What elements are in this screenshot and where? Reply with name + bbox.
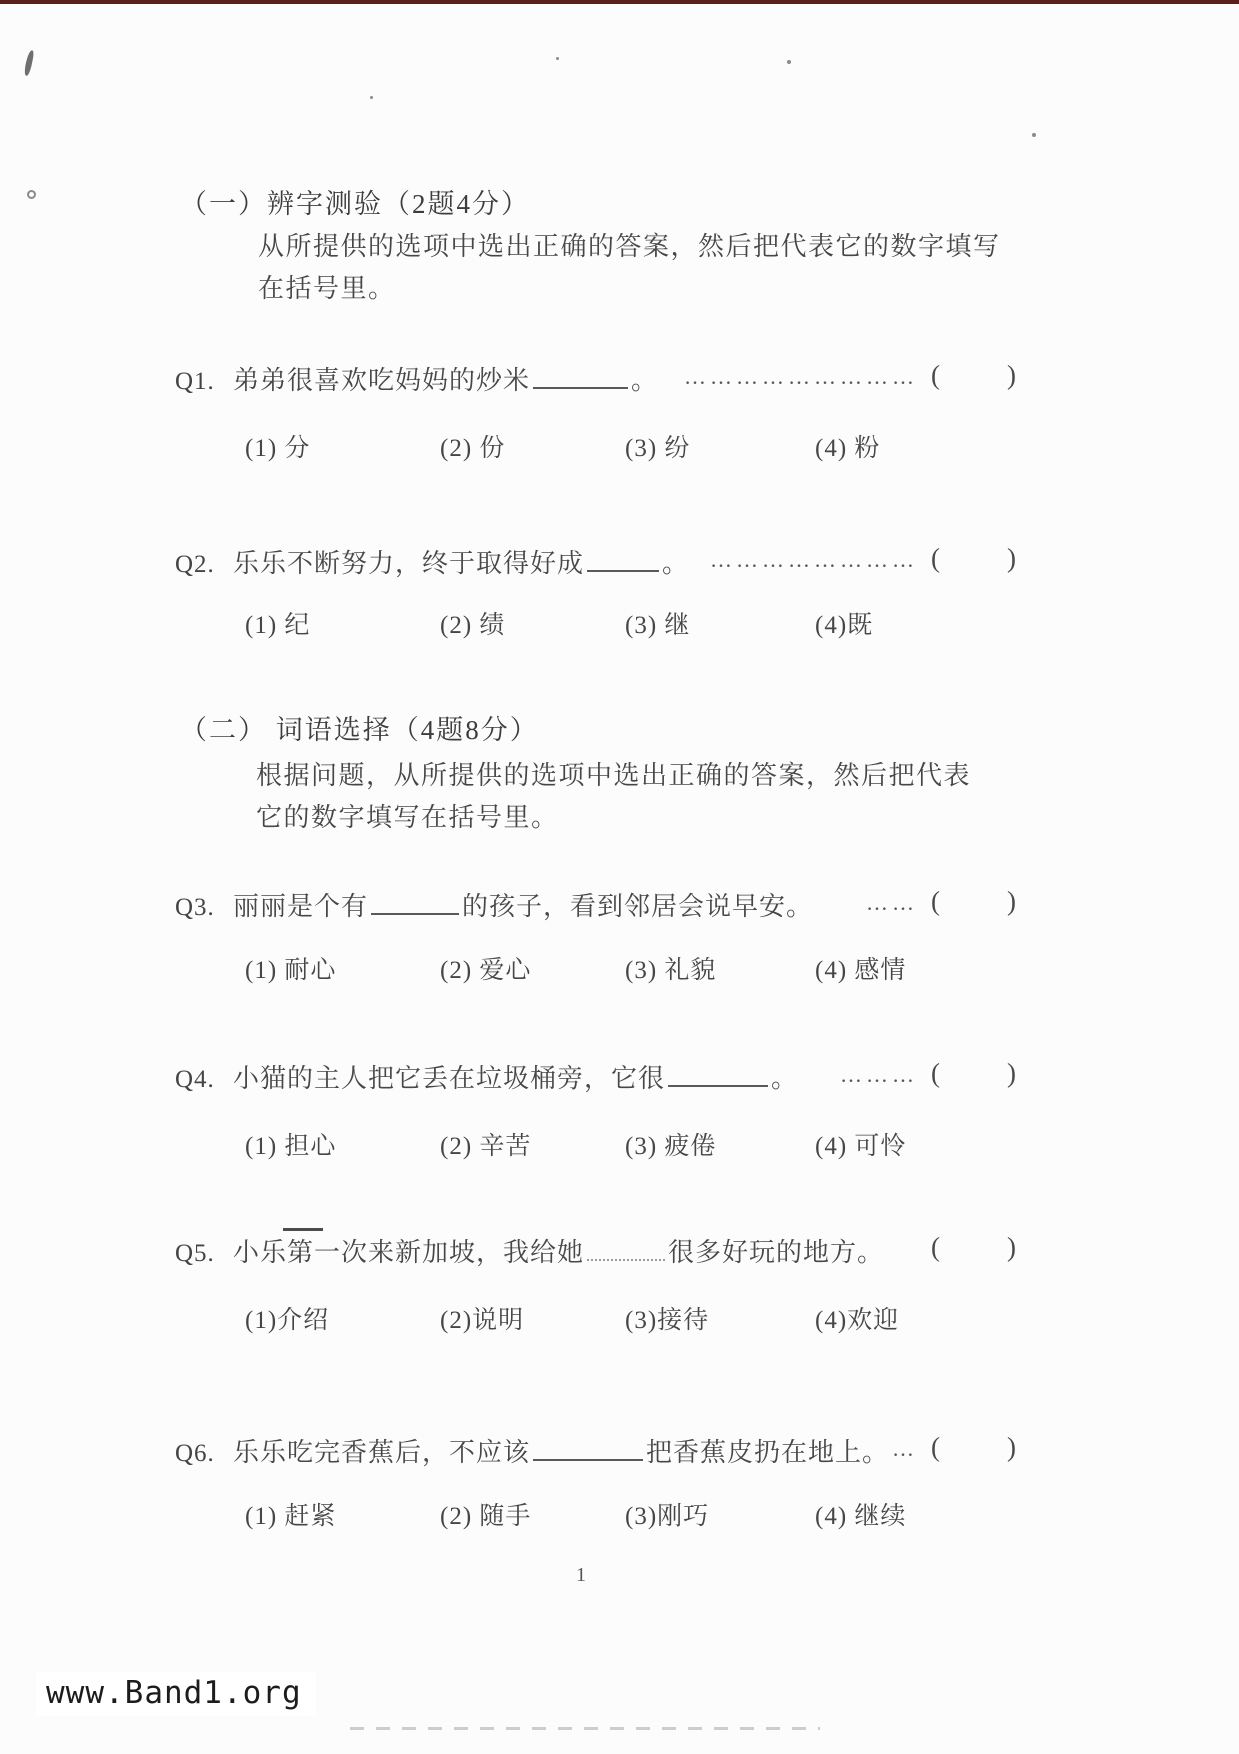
exam-paper-page: （一）辨字测验（2题4分） 从所提供的选项中选出正确的答案，然后把代表它的数字填… [0, 0, 1239, 1754]
scan-speck [787, 60, 791, 64]
question-q1: Q1.弟弟很喜欢吃妈妈的炒米。 ……………………… ( ) [175, 360, 1020, 402]
answer-blank [587, 1235, 665, 1261]
option-4: (4) 感情 [815, 950, 1035, 986]
option-2: (2) 随手 [440, 1496, 625, 1532]
dotted-leader: … [892, 1436, 918, 1462]
section1-instruction-line2: 在括号里。 [258, 268, 396, 305]
question-number: Q1. [175, 368, 233, 396]
option-1: (1) 担心 [245, 1126, 440, 1162]
section2-title: （二） 词语选择（4题8分） [180, 708, 539, 747]
scan-artifact-dashes [350, 1727, 820, 1730]
text-before-blank: 丽丽是个有 [233, 892, 368, 921]
scan-artifact-ring [27, 190, 36, 199]
option-4: (4) 继续 [815, 1496, 1035, 1532]
option-3: (3) 纷 [625, 428, 815, 464]
options-q2: (1) 纪 (2) 绩 (3) 继 (4)既 [245, 605, 1035, 641]
text-after-blank: 。 [771, 1064, 798, 1093]
options-q3: (1) 耐心 (2) 爱心 (3) 礼貌 (4) 感情 [245, 950, 1035, 986]
answer-blank [533, 363, 628, 389]
dotted-leader: …………………… [710, 547, 918, 573]
question-q5: Q5.小乐第一次来新加坡，我给她很多好玩的地方。 ( ) [175, 1232, 1020, 1274]
answer-bracket-open: ( [931, 360, 940, 391]
answer-bracket-close: ) [1007, 1432, 1016, 1463]
question-q6: Q6.乐乐吃完香蕉后，不应该把香蕉皮扔在地上。 … ( ) [175, 1432, 1020, 1474]
question-number: Q2. [175, 551, 233, 579]
question-text: 乐乐不断努力，终于取得好成。 [233, 549, 689, 578]
page-number: 1 [576, 1564, 586, 1587]
answer-bracket-close: ) [1007, 886, 1016, 917]
question-text: 小猫的主人把它丢在垃圾桶旁，它很。 [233, 1064, 798, 1093]
text-before-blank: 乐乐吃完香蕉后，不应该 [233, 1438, 530, 1467]
answer-bracket-open: ( [931, 886, 940, 917]
answer-bracket-close: ) [1007, 1232, 1016, 1263]
option-2: (2) 辛苦 [440, 1126, 625, 1162]
answer-bracket-open: ( [931, 1058, 940, 1089]
scan-speck [1032, 133, 1036, 137]
option-3: (3) 疲倦 [625, 1126, 815, 1162]
text-before-blank: 弟弟很喜欢吃妈妈的炒米 [233, 366, 530, 395]
question-q3: Q3.丽丽是个有的孩子，看到邻居会说早安。 …… ( ) [175, 886, 1020, 928]
question-q4: Q4.小猫的主人把它丢在垃圾桶旁，它很。 ……… ( ) [175, 1058, 1020, 1100]
option-4: (4)既 [815, 605, 1035, 641]
scan-top-edge-line [0, 0, 1239, 4]
option-3: (3)接待 [625, 1300, 815, 1336]
answer-bracket-open: ( [931, 543, 940, 574]
question-text: 弟弟很喜欢吃妈妈的炒米。 [233, 366, 658, 395]
options-q6: (1) 赶紧 (2) 随手 (3)刚巧 (4) 继续 [245, 1496, 1035, 1532]
option-3: (3) 继 [625, 605, 815, 641]
answer-blank [668, 1061, 768, 1087]
answer-blank [587, 546, 659, 572]
section2-instruction-line1: 根据问题，从所提供的选项中选出正确的答案，然后把代表 [256, 755, 971, 792]
answer-bracket-open: ( [931, 1232, 940, 1263]
option-1: (1)介绍 [245, 1300, 440, 1336]
option-1: (1) 赶紧 [245, 1496, 440, 1532]
option-1: (1) 分 [245, 428, 440, 464]
question-number: Q6. [175, 1440, 233, 1468]
scan-artifact-squiggle [23, 50, 34, 77]
text-after-blank: 。 [662, 549, 689, 578]
option-2: (2) 份 [440, 428, 625, 464]
section2-instruction-line2: 它的数字填写在括号里。 [256, 797, 559, 834]
option-3: (3) 礼貌 [625, 950, 815, 986]
options-q4: (1) 担心 (2) 辛苦 (3) 疲倦 (4) 可怜 [245, 1126, 1035, 1162]
question-number: Q3. [175, 894, 233, 922]
dotted-leader: …… [866, 890, 918, 916]
text-after-blank: 把香蕉皮扔在地上。 [646, 1438, 889, 1467]
answer-blank [533, 1435, 643, 1461]
watermark-url: www.Band1.org [36, 1672, 316, 1716]
text-before-blank: 小乐第一次来新加坡，我给她 [233, 1238, 584, 1267]
option-1: (1) 纪 [245, 605, 440, 641]
answer-bracket-close: ) [1007, 543, 1016, 574]
option-3: (3)刚巧 [625, 1496, 815, 1532]
option-2: (2) 爱心 [440, 950, 625, 986]
option-4: (4) 粉 [815, 428, 1035, 464]
answer-blank [371, 889, 459, 915]
answer-bracket-open: ( [931, 1432, 940, 1463]
section1-instruction-line1: 从所提供的选项中选出正确的答案，然后把代表它的数字填写 [258, 226, 1001, 263]
question-number: Q4. [175, 1066, 233, 1094]
text-after-blank: 。 [631, 366, 658, 395]
dotted-leader: ……………………… [684, 364, 918, 390]
text-after-blank: 很多好玩的地方。 [668, 1238, 884, 1267]
question-text: 丽丽是个有的孩子，看到邻居会说早安。 [233, 892, 813, 921]
scan-speck [556, 57, 559, 60]
text-before-blank: 乐乐不断努力，终于取得好成 [233, 549, 584, 578]
option-4: (4) 可怜 [815, 1126, 1035, 1162]
question-number: Q5. [175, 1240, 233, 1268]
question-text: 乐乐吃完香蕉后，不应该把香蕉皮扔在地上。 [233, 1438, 889, 1467]
answer-bracket-close: ) [1007, 1058, 1016, 1089]
scan-artifact-overline [283, 1228, 323, 1231]
question-text: 小乐第一次来新加坡，我给她很多好玩的地方。 [233, 1238, 884, 1267]
options-q5: (1)介绍 (2)说明 (3)接待 (4)欢迎 [245, 1300, 1035, 1336]
options-q1: (1) 分 (2) 份 (3) 纷 (4) 粉 [245, 428, 1035, 464]
question-q2: Q2.乐乐不断努力，终于取得好成。 …………………… ( ) [175, 543, 1020, 585]
text-before-blank: 小猫的主人把它丢在垃圾桶旁，它很 [233, 1064, 665, 1093]
answer-bracket-close: ) [1007, 360, 1016, 391]
option-4: (4)欢迎 [815, 1300, 1035, 1336]
option-1: (1) 耐心 [245, 950, 440, 986]
dotted-leader: ……… [840, 1062, 918, 1088]
section1-title: （一）辨字测验（2题4分） [180, 182, 530, 221]
option-2: (2)说明 [440, 1300, 625, 1336]
text-after-blank: 的孩子，看到邻居会说早安。 [462, 892, 813, 921]
scan-speck [370, 96, 373, 99]
option-2: (2) 绩 [440, 605, 625, 641]
